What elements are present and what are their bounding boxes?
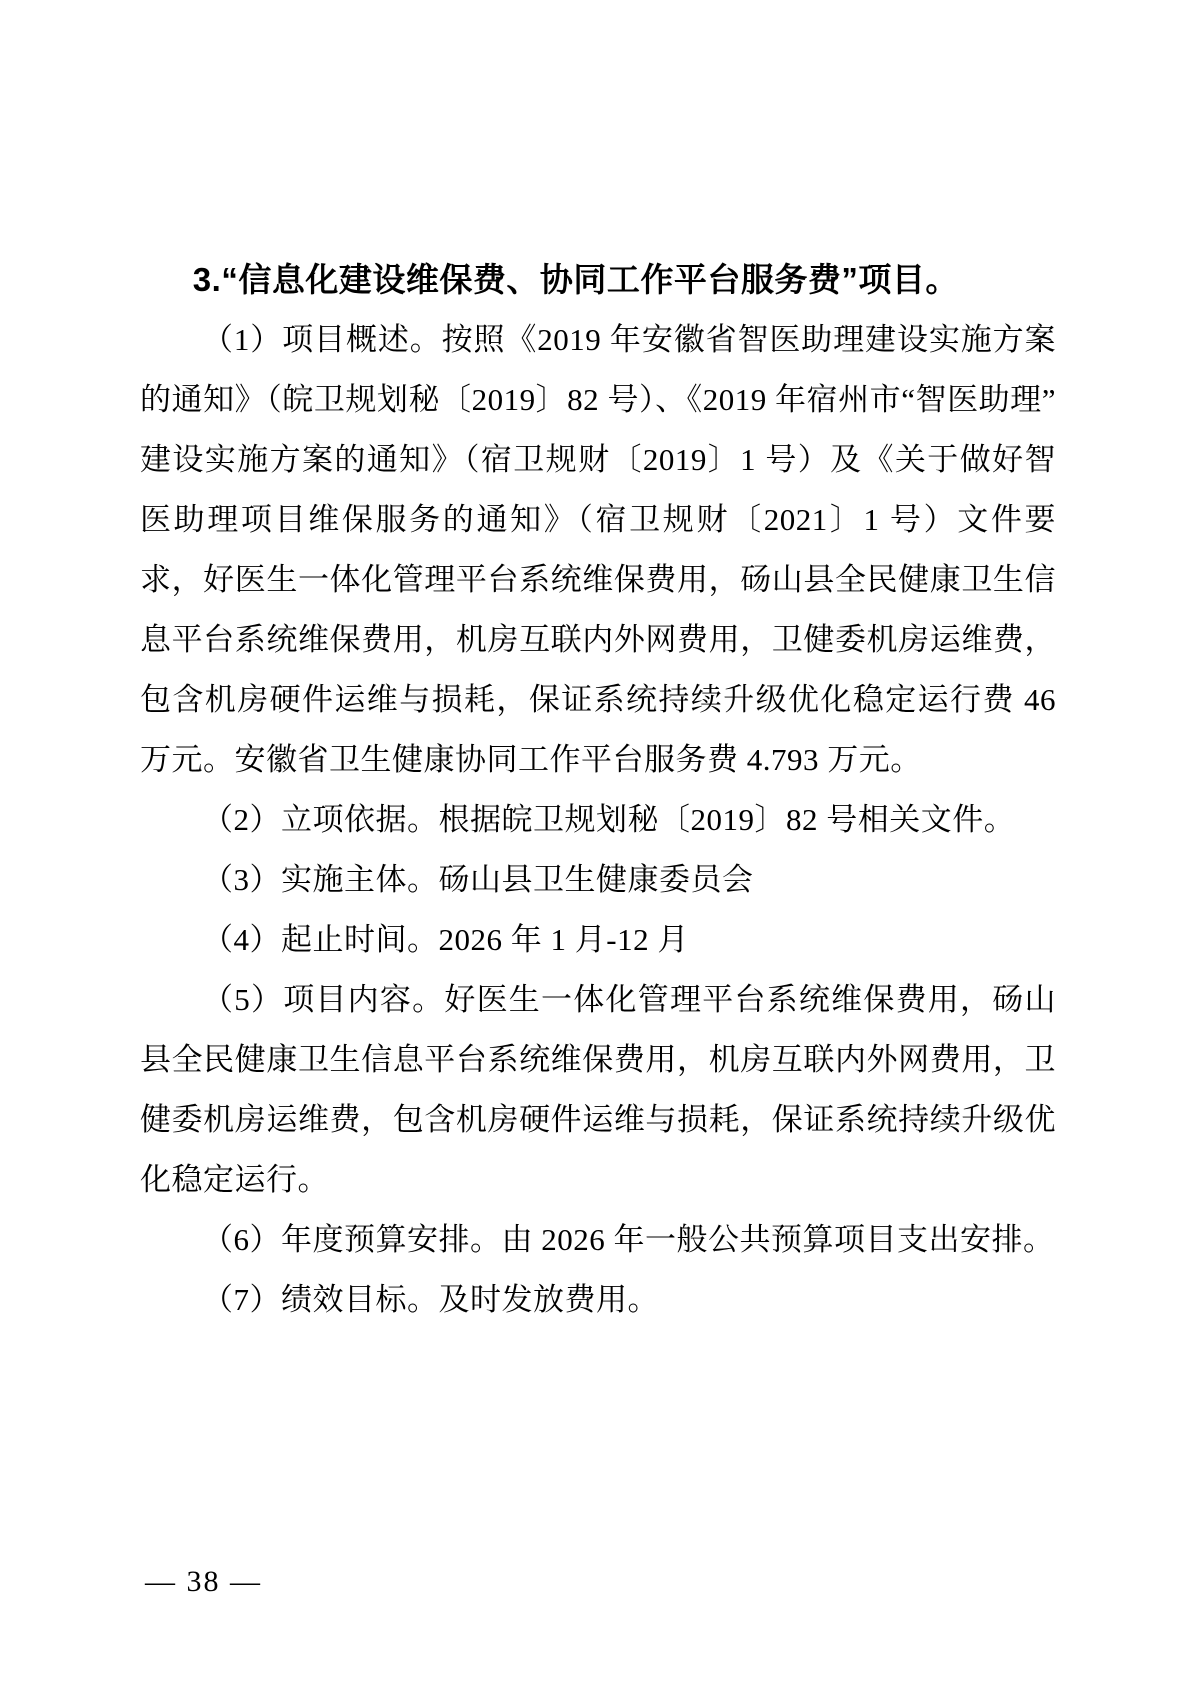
paragraph-project-overview: （1）项目概述。按照《2019 年安徽省智医助理建设实施方案的通知》（皖卫规划秘… <box>140 310 1056 790</box>
paragraph-implementing-body: （3）实施主体。砀山县卫生健康委员会 <box>140 850 1056 910</box>
paragraph-time-period: （4）起止时间。2026 年 1 月-12 月 <box>140 910 1056 970</box>
document-body: 3.“信息化建设维保费、协同工作平台服务费”项目。 （1）项目概述。按照《201… <box>140 250 1056 1330</box>
page-number: — 38 — <box>145 1562 262 1602</box>
paragraph-approval-basis: （2）立项依据。根据皖卫规划秘〔2019〕82 号相关文件。 <box>140 790 1056 850</box>
paragraph-project-content: （5）项目内容。好医生一体化管理平台系统维保费用，砀山县全民健康卫生信息平台系统… <box>140 970 1056 1210</box>
paragraph-annual-budget: （6）年度预算安排。由 2026 年一般公共预算项目支出安排。 <box>140 1210 1056 1270</box>
section-heading: 3.“信息化建设维保费、协同工作平台服务费”项目。 <box>140 250 1056 310</box>
paragraph-performance-target: （7）绩效目标。及时发放费用。 <box>140 1270 1056 1330</box>
document-page: 3.“信息化建设维保费、协同工作平台服务费”项目。 （1）项目概述。按照《201… <box>0 0 1190 1683</box>
